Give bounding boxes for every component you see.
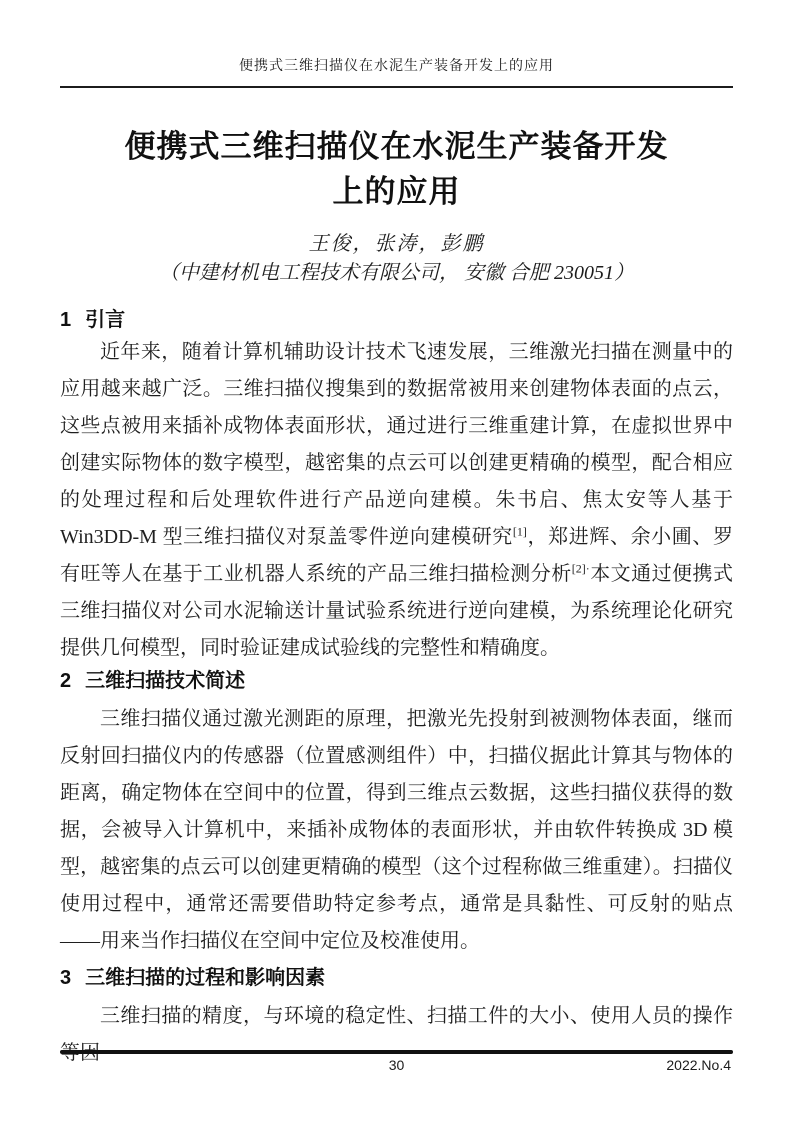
running-head: 便携式三维扫描仪在水泥生产装备开发上的应用 [60,56,733,78]
page-footer: 30 2022.No.4 [60,1050,733,1077]
section-1-title: 引言 [85,309,125,331]
footer-rule [60,1050,733,1054]
paragraph-text-segment: 近年来，随着计算机辅助设计技术飞速发展，三维激光扫描在测量中的应用越来越广泛。三… [60,341,733,548]
footer-row: 30 2022.No.4 [60,1057,733,1077]
issue-label: 2022.No.4 [666,1057,731,1073]
article-title-line-2: 上的应用 [60,169,733,214]
citation-ref-1: [1] [513,524,527,538]
section-2-number: 2 [60,670,71,692]
citation-ref-2: [2]· [572,561,590,575]
section-3-title: 三维扫描的过程和影响因素 [85,967,325,989]
section-1-number: 1 [60,309,71,331]
section-3-number: 3 [60,967,71,989]
article-title-line-1: 便携式三维扫描仪在水泥生产装备开发 [60,124,733,169]
header-rule [60,86,733,88]
paragraph-introduction: 近年来，随着计算机辅助设计技术飞速发展，三维激光扫描在测量中的应用越来越广泛。三… [60,334,733,667]
section-heading-3: 3三维扫描的过程和影响因素 [60,964,733,992]
section-heading-1: 1引言 [60,306,733,334]
authors-line: 王俊，张涛，彭鹏 [60,232,733,257]
section-heading-2: 2三维扫描技术简述 [60,667,733,695]
section-2-title: 三维扫描技术简述 [85,670,245,692]
page-number: 30 [389,1057,405,1073]
affiliation-line: （中建材机电工程技术有限公司， 安徽 合肥 230051） [60,261,733,286]
paragraph-scanning-technology: 三维扫描仪通过激光测距的原理，把激光先投射到被测物体表面，继而反射回扫描仪内的传… [60,701,733,960]
document-page: 便携式三维扫描仪在水泥生产装备开发上的应用 便携式三维扫描仪在水泥生产装备开发 … [0,0,793,1122]
article-title: 便携式三维扫描仪在水泥生产装备开发 上的应用 [60,124,733,214]
